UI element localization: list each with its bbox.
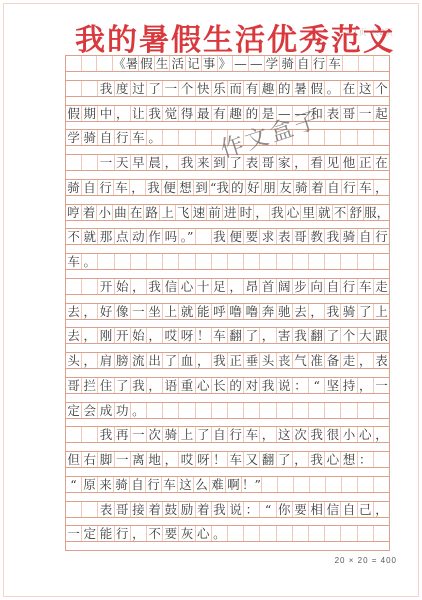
grid-cell: 哎 <box>163 328 179 343</box>
grid-cell <box>196 130 212 145</box>
grid-cell: 自 <box>212 427 228 442</box>
grid-cell: 小 <box>97 205 113 220</box>
grid-cell: 来 <box>196 155 212 170</box>
grid-cell <box>260 526 276 541</box>
grid-cell: 车 <box>244 427 260 442</box>
grid-cell: 上 <box>374 304 389 319</box>
grid-row: 哥拦住了我，语重心长的对我说：“坚持，一 <box>66 377 389 402</box>
grid-cell <box>147 403 163 418</box>
grid-cell: 心 <box>196 526 212 541</box>
grid-cell: ， <box>293 155 309 170</box>
grid-row: 头，肩膀流出了血，我正垂头丧气准备走，表 <box>66 352 389 377</box>
grid-cell: 车 <box>358 279 374 294</box>
grid-cell: 会 <box>82 403 98 418</box>
grid-cell: 行 <box>342 180 358 195</box>
grid-cell <box>66 427 82 442</box>
grid-cell: 去 <box>66 328 82 343</box>
grid-cell: 噜 <box>244 304 260 319</box>
grid-cell <box>277 526 293 541</box>
grid-cell <box>358 477 374 492</box>
grid-cell: 前 <box>207 205 223 220</box>
grid-cell: ， <box>82 353 98 368</box>
grid-row: 不就那点动作吗。”我便要求表哥教我骑自行 <box>66 228 389 253</box>
grid-cell: 定 <box>66 403 82 418</box>
grid-cell: 但 <box>66 452 82 467</box>
grid-row-boxes: 哼着小曲在路上飞速前进时，我心里就不舒服， <box>66 204 389 221</box>
grid-cell <box>179 403 195 418</box>
grid-cell: 要 <box>244 229 260 244</box>
grid-row-boxes: 我度过了一个快乐而有趣的暑假。在这个 <box>66 80 389 97</box>
grid-cell: 步 <box>293 279 309 294</box>
grid-cell: 就 <box>179 304 195 319</box>
grid-cell: 噜 <box>228 304 244 319</box>
grid-cell <box>262 477 278 492</box>
grid-cell: ， <box>309 304 325 319</box>
grid-cell: 自 <box>341 502 357 517</box>
grid-cell: 对 <box>244 378 260 393</box>
grid-cell: 飞 <box>176 205 192 220</box>
grid-cell: 着 <box>196 502 212 517</box>
grid-cell: “ <box>260 502 276 517</box>
grid-cell: 个 <box>374 81 389 96</box>
grid-cell: 我 <box>212 229 228 244</box>
grid-cell: 一 <box>163 81 179 96</box>
grid-cell: 个 <box>179 81 195 96</box>
grid-cell: ， <box>82 304 98 319</box>
grid-cell: 足 <box>212 279 228 294</box>
grid-cell: 要 <box>163 526 179 541</box>
grid-cell: 时 <box>239 205 255 220</box>
grid-cell: 一 <box>358 106 374 121</box>
grid-cell: 吗 <box>163 229 179 244</box>
grid-cell: 早 <box>131 155 147 170</box>
grid-cell: 像 <box>115 304 131 319</box>
grid-cell <box>66 155 82 170</box>
grid-cell: 翻 <box>260 452 276 467</box>
grid-cell <box>131 254 147 269</box>
grid-cell: 度 <box>115 81 131 96</box>
grid-cell: 大 <box>358 328 374 343</box>
grid-cell: ！ <box>196 328 212 343</box>
grid-cell: 。 <box>82 254 98 269</box>
grid-cell <box>196 229 212 244</box>
grid-cell: 奔 <box>260 304 276 319</box>
grid-cell <box>212 254 228 269</box>
grid-row-boxes: 开始，我信心十足，昂首阔步向自行车走 <box>66 278 389 295</box>
grid-cell: 我 <box>260 378 276 393</box>
grid-cell: ， <box>115 106 131 121</box>
grid-cell: 呀 <box>196 452 212 467</box>
grid-cell: 在 <box>341 81 357 96</box>
grid-cell: 小 <box>341 427 357 442</box>
grid-cell: 相 <box>309 502 325 517</box>
grid-cell <box>293 403 309 418</box>
grid-cell: 行 <box>115 130 131 145</box>
grid-cell: ， <box>163 452 179 467</box>
grid-cell: 我 <box>147 279 163 294</box>
grid-cell: 住 <box>98 378 114 393</box>
grid-cell: 信 <box>325 502 341 517</box>
grid-cell: 车 <box>131 130 147 145</box>
grid-cell: 骑 <box>294 180 310 195</box>
grid-cell: 着 <box>82 205 98 220</box>
grid-cell: 速 <box>192 205 208 220</box>
grid-cell: 快 <box>196 81 212 96</box>
page-title: 我的暑假生活优秀范文 <box>75 15 395 59</box>
grid-cell: 好 <box>246 180 262 195</box>
grid-cell <box>277 254 293 269</box>
grid-cell: 上 <box>160 205 176 220</box>
grid-cell <box>325 526 341 541</box>
grid-cell: 阔 <box>277 279 293 294</box>
grid-cell: 的 <box>277 81 293 96</box>
grid-cell: 不 <box>66 229 82 244</box>
grid-cell: 坐 <box>147 304 163 319</box>
grid-cell: 着 <box>147 502 163 517</box>
grid-cell: 骑 <box>114 477 130 492</box>
grid-cell: 肩 <box>98 353 114 368</box>
grid-cell <box>115 254 131 269</box>
grid-cell: 哼 <box>66 205 82 220</box>
grid-cell: ， <box>147 378 163 393</box>
grid-cell: 哥 <box>66 378 82 393</box>
grid-row-boxes: 车。 <box>66 253 389 270</box>
grid-cell: 想 <box>341 452 357 467</box>
grid-cell: 表 <box>277 229 293 244</box>
grid-cell <box>293 526 309 541</box>
grid-cell: 的 <box>230 180 246 195</box>
grid-cell: 教 <box>309 229 325 244</box>
grid-cell: 脚 <box>98 452 114 467</box>
grid-cell: 那 <box>98 229 114 244</box>
grid-cell: ， <box>130 180 146 195</box>
grid-cell: 了 <box>325 328 341 343</box>
grid-cell: 长 <box>212 378 228 393</box>
grid-cell: 一 <box>98 155 114 170</box>
grid-cell: 看 <box>309 155 325 170</box>
grid-cell: 自 <box>98 130 114 145</box>
grid-cell: 首 <box>260 279 276 294</box>
grid-cell: 害 <box>277 328 293 343</box>
grid-cell: 骑 <box>341 304 357 319</box>
grid-cell: 我 <box>325 304 341 319</box>
grid-cell: 行 <box>374 229 389 244</box>
grid-cell: 就 <box>317 205 333 220</box>
grid-cell: 起 <box>374 106 389 121</box>
grid-size-note: 20 × 20 = 400 <box>335 556 397 565</box>
grid-cell <box>260 254 276 269</box>
grid-cell: 能 <box>196 304 212 319</box>
grid-cell: 。 <box>147 130 163 145</box>
grid-cell: 哥 <box>115 502 131 517</box>
grid-cell: 假 <box>309 81 325 96</box>
grid-cell: 心 <box>196 378 212 393</box>
grid-cell: 里 <box>301 205 317 220</box>
grid-cell: 坚 <box>325 378 341 393</box>
grid-cell <box>228 403 244 418</box>
grid-cell <box>341 254 357 269</box>
grid-cell <box>228 254 244 269</box>
grid-cell: 次 <box>293 427 309 442</box>
grid-cell: 了 <box>115 378 131 393</box>
grid-cell: 我 <box>309 427 325 442</box>
grid-cell: 我 <box>147 106 163 121</box>
grid-cell: ， <box>254 205 270 220</box>
grid-cell: 骑 <box>341 229 357 244</box>
grid-cell: 了 <box>196 427 212 442</box>
grid-cell: 我 <box>293 328 309 343</box>
grid-cell: 去 <box>66 304 82 319</box>
grid-cell: 便 <box>162 180 178 195</box>
grid-row: 表哥接着鼓励着我说：“你要相信自己， <box>66 501 389 526</box>
grid-cell: 的 <box>228 378 244 393</box>
grid-cell: 这 <box>277 427 293 442</box>
grid-cell: 又 <box>244 452 260 467</box>
grid-cell <box>310 477 326 492</box>
grid-cell: 定 <box>82 526 98 541</box>
grid-cell: 原 <box>82 477 98 492</box>
grid-cell: 灰 <box>179 526 195 541</box>
grid-cell: 着 <box>310 180 326 195</box>
grid-cell: 说 <box>228 502 244 517</box>
grid-cell <box>309 526 325 541</box>
grid-cell: ， <box>374 427 389 442</box>
grid-cell: 骑 <box>66 180 82 195</box>
grid-cell: 车 <box>114 180 130 195</box>
grid-cell: 跟 <box>374 328 389 343</box>
grid-cell: 我 <box>309 452 325 467</box>
grid-cell: 曲 <box>113 205 129 220</box>
grid-cell: 表 <box>374 353 389 368</box>
grid-cell: 语 <box>163 378 179 393</box>
grid-row-boxes: 我再一次骑上了自行车，这次我很小心， <box>66 426 389 443</box>
grid-cell: 准 <box>309 353 325 368</box>
grid-cell <box>374 477 389 492</box>
grid-cell: ， <box>293 452 309 467</box>
grid-row: 去，好像一坐上就能呼噜噜奔驰去，我骑了上 <box>66 303 389 328</box>
grid-cell: 要 <box>293 502 309 517</box>
grid-cell: 我 <box>146 180 162 195</box>
grid-cell: ， <box>358 378 374 393</box>
grid-cell: 我 <box>325 229 341 244</box>
grid-cell: ， <box>374 180 389 195</box>
grid-cell: 过 <box>131 81 147 96</box>
grid-cell <box>309 254 325 269</box>
grid-row-boxes: 但右脚一离地，哎呀！车又翻了，我心想： <box>66 451 389 468</box>
grid-cell <box>278 477 294 492</box>
grid-cell: 晨 <box>147 155 163 170</box>
grid-cell: 这 <box>358 81 374 96</box>
grid-cell: 离 <box>131 452 147 467</box>
grid-cell: 走 <box>374 279 389 294</box>
grid-cell <box>66 502 82 517</box>
grid-cell: 了 <box>163 353 179 368</box>
grid-cell: 翻 <box>228 328 244 343</box>
grid-cell: 心 <box>286 205 302 220</box>
grid-cell: 哥 <box>293 229 309 244</box>
grid-cell: 头 <box>260 353 276 368</box>
grid-row: 车。 <box>66 253 389 278</box>
grid-cell <box>82 427 98 442</box>
grid-cell: 驰 <box>277 304 293 319</box>
grid-cell: 就 <box>82 229 98 244</box>
grid-cell: 我 <box>98 81 114 96</box>
grid-cell: 心 <box>179 279 195 294</box>
grid-cell: 。” <box>179 229 195 244</box>
grid-cell: 到 <box>194 180 210 195</box>
grid-cell: 励 <box>179 502 195 517</box>
grid-cell <box>358 526 374 541</box>
grid-row-boxes: 去，好像一坐上就能呼噜噜奔驰去，我骑了上 <box>66 303 389 320</box>
grid-cell <box>196 403 212 418</box>
grid-row: 一定能行，不要灰心。 <box>66 525 389 550</box>
grid-cell: 车 <box>66 254 82 269</box>
grid-cell: 我 <box>179 155 195 170</box>
grid-cell: 了 <box>147 81 163 96</box>
grid-cell: 服， <box>364 205 389 220</box>
grid-cell <box>244 254 260 269</box>
grid-cell: 我 <box>212 353 228 368</box>
grid-cell: 一 <box>66 526 82 541</box>
grid-cell: 了 <box>277 452 293 467</box>
grid-cell: 我 <box>98 427 114 442</box>
grid-cell: 学 <box>66 130 82 145</box>
grid-cell: 自 <box>82 180 98 195</box>
grid-cell: 持 <box>341 378 357 393</box>
grid-cell: 向 <box>309 279 325 294</box>
grid-cell: 哎 <box>179 452 195 467</box>
grid-cell: 去 <box>293 304 309 319</box>
grid-cell: 说 <box>277 378 293 393</box>
grid-cell: 期 <box>82 106 98 121</box>
grid-cell: 膀 <box>115 353 131 368</box>
grid-cell: 翻 <box>309 328 325 343</box>
grid-cell: 己 <box>358 502 374 517</box>
grid-cell <box>66 81 82 96</box>
grid-cell <box>163 254 179 269</box>
grid-cell: 见 <box>325 155 341 170</box>
grid-cell: 家 <box>277 155 293 170</box>
grid-cell: 始 <box>115 279 131 294</box>
grid-cell: 。 <box>131 403 147 418</box>
grid-cell <box>358 254 374 269</box>
grid-cell: 趣 <box>228 106 244 121</box>
grid-row-boxes: 哥拦住了我，语重心长的对我说：“坚持，一 <box>66 377 389 394</box>
grid-cell: 右 <box>82 452 98 467</box>
grid-cell: 在 <box>374 155 389 170</box>
grid-cell: 昂 <box>244 279 260 294</box>
grid-cell: 十 <box>196 279 212 294</box>
grid-cell: 天 <box>115 155 131 170</box>
grid-cell: 让 <box>131 106 147 121</box>
grid-cell <box>325 130 341 145</box>
grid-cell: 次 <box>147 427 163 442</box>
grid-cell <box>326 477 342 492</box>
grid-cell <box>82 502 98 517</box>
grid-cell: 车 <box>358 180 374 195</box>
grid-cell: 不 <box>147 526 163 541</box>
grid-cell: 点 <box>115 229 131 244</box>
grid-cell: 不 <box>333 205 349 220</box>
grid-cell: 。 <box>325 81 341 96</box>
grid-cell: 行 <box>228 427 244 442</box>
grid-cell: 朋 <box>262 180 278 195</box>
grid-cell: 想 <box>178 180 194 195</box>
grid-cell: ： <box>358 452 374 467</box>
grid-cell: 难 <box>210 477 226 492</box>
grid-cell: 丧 <box>277 353 293 368</box>
grid-cell <box>358 130 374 145</box>
grid-row: 定会成功。 <box>66 402 389 427</box>
grid-cell: 正 <box>358 155 374 170</box>
grid-row: “原来骑自行车这么难啊！” <box>66 476 389 501</box>
grid-cell: 我 <box>212 502 228 517</box>
grid-cell: 暑 <box>293 81 309 96</box>
grid-cell: 走 <box>341 353 357 368</box>
grid-cell: 么 <box>194 477 210 492</box>
grid-cell: ， <box>260 427 276 442</box>
grid-row-boxes: 骑自行车，我便想到“我的好朋友骑着自行车， <box>66 179 389 196</box>
grid-cell: ， <box>196 353 212 368</box>
grid-cell: 中 <box>98 106 114 121</box>
grid-cell: 。 <box>212 526 228 541</box>
grid-cell: 气 <box>293 353 309 368</box>
grid-cell: 动 <box>131 229 147 244</box>
grid-cell: 自 <box>130 477 146 492</box>
grid-cell <box>228 526 244 541</box>
grid-cell: ！” <box>242 477 262 492</box>
grid-row-boxes: 表哥接着鼓励着我说：“你要相信自己， <box>66 501 389 518</box>
grid-cell: 上 <box>179 427 195 442</box>
grid-cell: 路 <box>144 205 160 220</box>
grid-cell: 哥 <box>341 106 357 121</box>
grid-cell: ： <box>293 378 309 393</box>
grid-row-boxes: 假期中，让我觉得最有趣的是——和表哥一起 <box>66 105 389 122</box>
grid-cell: 上 <box>163 304 179 319</box>
grid-cell: 个 <box>341 328 357 343</box>
grid-cell: 功 <box>115 403 131 418</box>
grid-cell <box>82 279 98 294</box>
grid-cell: 再 <box>115 427 131 442</box>
grid-cell: 自 <box>358 229 374 244</box>
grid-cell: 正 <box>228 353 244 368</box>
grid-cell <box>82 81 98 96</box>
grid-cell <box>244 403 260 418</box>
grid-cell: 始 <box>131 328 147 343</box>
grid-cell: 头 <box>66 353 82 368</box>
grid-cell: 备 <box>325 353 341 368</box>
grid-cell: 刚 <box>98 328 114 343</box>
grid-cell: 呼 <box>212 304 228 319</box>
grid-cell: 信 <box>163 279 179 294</box>
grid-cell: 在 <box>129 205 145 220</box>
grid-cell <box>260 403 276 418</box>
grid-cell <box>179 254 195 269</box>
grid-cell: ， <box>82 328 98 343</box>
grid-row-boxes: 不就那点动作吗。”我便要求表哥教我骑自行 <box>66 228 389 245</box>
grid-cell <box>179 130 195 145</box>
grid-cell: ， <box>260 328 276 343</box>
grid-cell: 有 <box>212 106 228 121</box>
grid-cell: ， <box>147 328 163 343</box>
grid-cell: 有 <box>244 81 260 96</box>
grid-cell: 了 <box>244 328 260 343</box>
grid-cell: 趣 <box>260 81 276 96</box>
grid-cell: 觉 <box>163 106 179 121</box>
grid-cell <box>163 403 179 418</box>
grid-cell: 车 <box>162 477 178 492</box>
grid-cell: 他 <box>341 155 357 170</box>
